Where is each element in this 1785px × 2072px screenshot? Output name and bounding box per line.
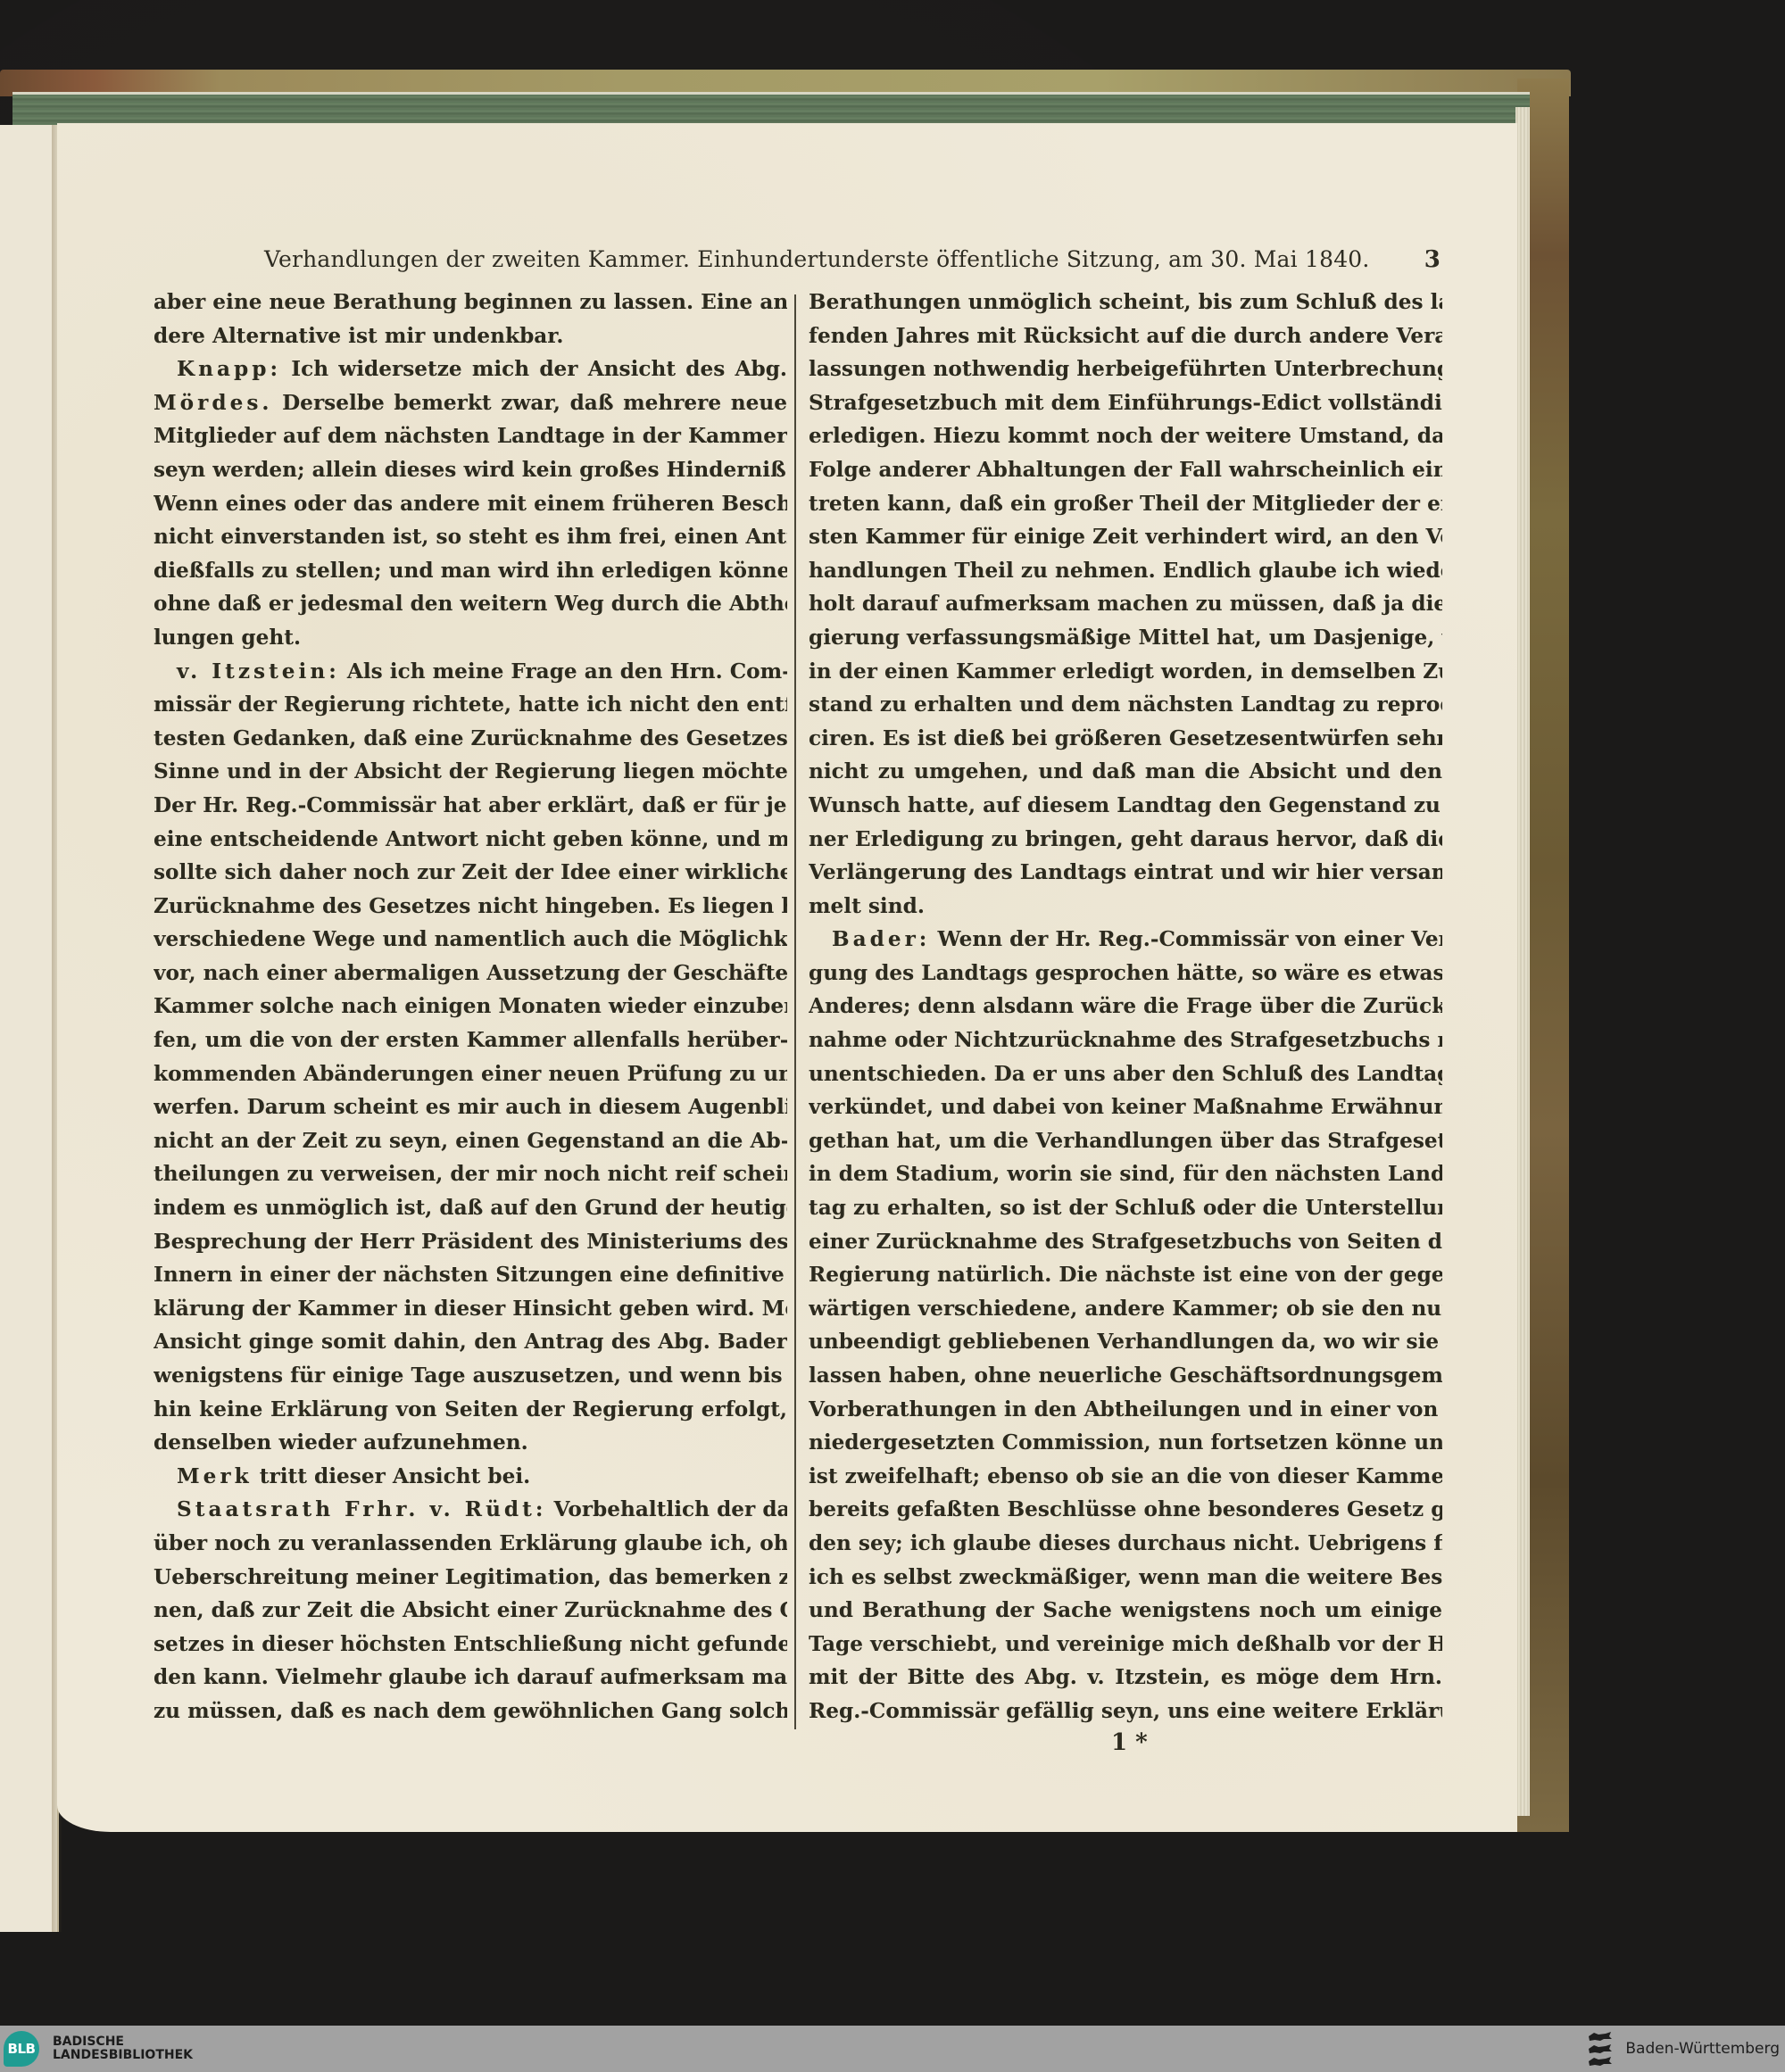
text-line: Mitglieder auf dem nächsten Landtage in … [154,419,787,453]
page-block-right-edge [1515,107,1530,1816]
text-line: den sey; ich glaube dieses durchaus nich… [809,1527,1442,1561]
line-text: unentschieden. Da er uns aber den Schluß… [809,1062,1442,1086]
speaker-name: Mördes. [154,391,272,415]
text-line: v. Itzstein: Als ich meine Frage an den … [154,655,787,689]
institution-branding[interactable]: BLB BADISCHE LANDESBIBLIOTHEK [0,2031,193,2067]
line-text: theilungen zu verweisen, der mir noch ni… [154,1162,787,1186]
text-line: dere Alternative ist mir undenkbar. [154,319,787,353]
line-text: einer Zurücknahme des Strafgesetzbuchs v… [809,1230,1442,1254]
text-line: lungen geht. [154,621,787,655]
line-text: gierung verfassungsmäßige Mittel hat, um… [809,626,1442,650]
line-text: verschiedene Wege und namentlich auch di… [154,927,787,951]
line-text: Zurücknahme des Gesetzes nicht hingeben.… [154,894,787,918]
line-text: Regierung natürlich. Die nächste ist ein… [809,1263,1442,1287]
line-text: nahme oder Nichtzurücknahme des Strafges… [809,1028,1442,1052]
text-line: indem es unmöglich ist, daß auf den Grun… [154,1191,787,1225]
text-line: nicht an der Zeit zu seyn, einen Gegenst… [154,1124,787,1158]
text-line: in der einen Kammer erledigt worden, in … [809,655,1442,689]
line-text: nicht an der Zeit zu seyn, einen Gegenst… [154,1129,787,1153]
line-text: lungen geht. [154,626,301,650]
text-line: Merk tritt dieser Ansicht bei. [154,1460,787,1494]
text-line: den kann. Vielmehr glaube ich darauf auf… [154,1661,787,1695]
text-line: kommenden Abänderungen einer neuen Prüfu… [154,1057,787,1091]
line-text: Berathungen unmöglich scheint, bis zum S… [809,290,1442,314]
line-text: und Berathung der Sache wenigstens noch … [809,1598,1442,1622]
text-line: sollte sich daher noch zur Zeit der Idee… [154,856,787,890]
line-text: hin keine Erklärung von Seiten der Regie… [154,1397,787,1421]
line-text: Folge anderer Abhaltungen der Fall wahrs… [809,458,1442,482]
line-text: Vorbehaltlich der dar- [554,1497,788,1521]
line-text: lassungen nothwendig herbeigeführten Unt… [809,357,1442,381]
line-text: melt sind. [809,894,925,918]
line-text: Innern in einer der nächsten Sitzungen e… [154,1263,787,1287]
page-number: 3 [1424,246,1440,273]
line-text: niedergesetzten Commission, nun fortsetz… [809,1430,1442,1455]
signature-mark: 1 * [1111,1729,1148,1756]
line-text: dießfalls zu stellen; und man wird ihn e… [154,559,787,583]
text-line: aber eine neue Berathung beginnen zu las… [154,286,787,319]
line-text: testen Gedanken, daß eine Zurücknahme de… [154,726,787,750]
speaker-name: Bader: [832,927,930,951]
line-text: Besprechung der Herr Präsident des Minis… [154,1230,787,1254]
line-text: den sey; ich glaube dieses durchaus nich… [809,1531,1442,1555]
text-line: gethan hat, um die Verhandlungen über da… [809,1124,1442,1158]
text-line: testen Gedanken, daß eine Zurücknahme de… [154,722,787,756]
line-text: vor, nach einer abermaligen Aussetzung d… [154,961,787,985]
institution-name-line1: BADISCHE [53,2035,193,2049]
institution-name: BADISCHE LANDESBIBLIOTHEK [53,2035,193,2062]
text-line: verkündet, und dabei von keiner Maßnahme… [809,1090,1442,1124]
text-line: setzes in dieser höchsten Entschließung … [154,1628,787,1662]
line-text: Wenn eines oder das andere mit einem frü… [154,492,787,516]
text-line: erledigen. Hiezu kommt noch der weitere … [809,419,1442,453]
line-text: Ueberschreitung meiner Legitimation, das… [154,1565,787,1589]
state-name: Baden-Württemberg [1625,2040,1780,2058]
footer-bar: BLB BADISCHE LANDESBIBLIOTHEK Baden-Würt… [0,2026,1785,2072]
line-text: ohne daß er jedesmal den weitern Weg dur… [154,592,787,616]
line-text: holt darauf aufmerksam machen zu müssen,… [809,592,1442,616]
text-line: sten Kammer für einige Zeit verhindert w… [809,520,1442,554]
column-divider [794,294,796,1729]
text-line: treten kann, daß ein großer Theil der Mi… [809,487,1442,521]
text-line: Verlängerung des Landtags eintrat und wi… [809,856,1442,890]
text-line: Zurücknahme des Gesetzes nicht hingeben.… [154,890,787,924]
text-line: Regierung natürlich. Die nächste ist ein… [809,1258,1442,1292]
text-line: fenden Jahres mit Rücksicht auf die durc… [809,319,1442,353]
speaker-name: Merk [177,1464,253,1488]
text-line: Ansicht ginge somit dahin, den Antrag de… [154,1325,787,1359]
line-text: Kammer solche nach einigen Monaten wiede… [154,994,787,1018]
text-line: in dem Stadium, worin sie sind, für den … [809,1157,1442,1191]
text-line: Folge anderer Abhaltungen der Fall wahrs… [809,453,1442,487]
right-text-column: Berathungen unmöglich scheint, bis zum S… [809,286,1442,1728]
line-text: Wenn der Hr. Reg.-Commissär von einer Ve… [937,927,1442,951]
text-line: nicht zu umgehen, und daß man die Absich… [809,755,1442,789]
page-block-top-edge [12,92,1530,127]
line-text: Strafgesetzbuch mit dem Einführungs-Edic… [809,391,1442,415]
text-line: vor, nach einer abermaligen Aussetzung d… [154,957,787,990]
line-text: Anderes; denn alsdann wäre die Frage übe… [809,994,1442,1018]
text-line: ner Erledigung zu bringen, geht daraus h… [809,823,1442,857]
line-text: gung des Landtags gesprochen hätte, so w… [809,961,1442,985]
text-line: tag zu erhalten, so ist der Schluß oder … [809,1191,1442,1225]
text-line: Innern in einer der nächsten Sitzungen e… [154,1258,787,1292]
text-line: Kammer solche nach einigen Monaten wiede… [154,990,787,1024]
running-head-title: Verhandlungen der zweiten Kammer. Einhun… [264,246,1424,272]
line-text: bereits gefaßten Beschlüsse ohne besonde… [809,1497,1442,1521]
line-text: werfen. Darum scheint es mir auch in die… [154,1095,787,1119]
line-text: ner Erledigung zu bringen, geht daraus h… [809,827,1442,851]
line-text: den kann. Vielmehr glaube ich darauf auf… [154,1665,787,1689]
line-text: eine entscheidende Antwort nicht geben k… [154,827,787,851]
line-text: nicht einverstanden ist, so steht es ihm… [154,525,787,549]
line-text: denselben wieder aufzunehmen. [154,1430,528,1455]
text-line: verschiedene Wege und namentlich auch di… [154,923,787,957]
text-line: gung des Landtags gesprochen hätte, so w… [809,957,1442,990]
text-line: eine entscheidende Antwort nicht geben k… [154,823,787,857]
text-line: Sinne und in der Absicht der Regierung l… [154,755,787,789]
line-text: setzes in dieser höchsten Entschließung … [154,1632,787,1656]
text-line: theilungen zu verweisen, der mir noch ni… [154,1157,787,1191]
line-text: tag zu erhalten, so ist der Schluß oder … [809,1196,1442,1220]
speaker-name: Knapp: [177,357,281,381]
line-text: dere Alternative ist mir undenkbar. [154,324,563,348]
text-line: lassungen nothwendig herbeigeführten Unt… [809,352,1442,386]
line-text: gethan hat, um die Verhandlungen über da… [809,1129,1442,1153]
line-text: Ansicht ginge somit dahin, den Antrag de… [154,1330,787,1354]
text-line: werfen. Darum scheint es mir auch in die… [154,1090,787,1124]
text-line: ohne daß er jedesmal den weitern Weg dur… [154,587,787,621]
text-line: unbeendigt gebliebenen Verhandlungen da,… [809,1325,1442,1359]
line-text: Tage verschiebt, und vereinige mich deßh… [809,1632,1442,1656]
line-text: Als ich meine Frage an den Hrn. Com- [347,659,787,684]
line-text: wärtigen verschiedene, andere Kammer; ob… [809,1297,1442,1321]
line-text: Der Hr. Reg.-Commissär hat aber erklärt,… [154,793,787,817]
line-text: Mitglieder auf dem nächsten Landtage in … [154,424,787,448]
text-line: handlungen Theil zu nehmen. Endlich glau… [809,554,1442,588]
text-line: hin keine Erklärung von Seiten der Regie… [154,1393,787,1427]
text-line: Mördes. Derselbe bemerkt zwar, daß mehre… [154,386,787,420]
text-line: und Berathung der Sache wenigstens noch … [809,1594,1442,1628]
line-text: Reg.-Commissär gefällig seyn, uns eine w… [809,1699,1442,1723]
line-text: Wunsch hatte, auf diesem Landtag den Geg… [809,793,1442,817]
text-line: fen, um die von der ersten Kammer allenf… [154,1024,787,1057]
line-text: nicht zu umgehen, und daß man die Absich… [809,759,1442,783]
line-text: indem es unmöglich ist, daß auf den Grun… [154,1196,787,1220]
line-text: sollte sich daher noch zur Zeit der Idee… [154,860,787,884]
text-line: nahme oder Nichtzurücknahme des Strafges… [809,1024,1442,1057]
three-lions-coat-of-arms-icon [1586,2029,1615,2068]
text-line: zu müssen, daß es nach dem gewöhnlichen … [154,1695,787,1728]
speaker-name: Staatsrath Frhr. v. Rüdt: [177,1497,546,1521]
text-line: Bader: Wenn der Hr. Reg.-Commissär von e… [809,923,1442,957]
text-line: wärtigen verschiedene, andere Kammer; ob… [809,1292,1442,1326]
text-line: Tage verschiebt, und vereinige mich deßh… [809,1628,1442,1662]
running-head: Verhandlungen der zweiten Kammer. Einhun… [264,246,1440,282]
text-line: ist zweifelhaft; ebenso ob sie an die vo… [809,1460,1442,1494]
line-text: Vorberathungen in den Abtheilungen und i… [809,1397,1442,1421]
line-text: stand zu erhalten und dem nächsten Landt… [809,692,1442,717]
line-text: treten kann, daß ein großer Theil der Mi… [809,492,1442,516]
line-text: kommenden Abänderungen einer neuen Prüfu… [154,1062,787,1086]
text-line: einer Zurücknahme des Strafgesetzbuchs v… [809,1225,1442,1259]
speaker-name: v. Itzstein: [177,659,340,684]
line-text: missär der Regierung richtete, hatte ich… [154,692,787,717]
line-text: seyn werden; allein dieses wird kein gro… [154,458,787,482]
line-text: Derselbe bemerkt zwar, daß mehrere neue [282,391,787,415]
line-text: ich es selbst zweckmäßiger, wenn man die… [809,1565,1442,1589]
line-text: in dem Stadium, worin sie sind, für den … [809,1162,1442,1186]
line-text: nen, daß zur Zeit die Absicht einer Zurü… [154,1598,787,1622]
line-text: ist zweifelhaft; ebenso ob sie an die vo… [809,1464,1442,1488]
text-line: Wenn eines oder das andere mit einem frü… [154,487,787,521]
text-line: Strafgesetzbuch mit dem Einführungs-Edic… [809,386,1442,420]
line-text: klärung der Kammer in dieser Hinsicht ge… [154,1297,787,1321]
text-line: nicht einverstanden ist, so steht es ihm… [154,520,787,554]
line-text: erledigen. Hiezu kommt noch der weitere … [809,424,1442,448]
line-text: zu müssen, daß es nach dem gewöhnlichen … [154,1699,787,1723]
state-branding[interactable]: Baden-Württemberg [1586,2029,1785,2068]
text-line: Staatsrath Frhr. v. Rüdt: Vorbehaltlich … [154,1493,787,1527]
line-text: sten Kammer für einige Zeit verhindert w… [809,525,1442,549]
blb-logo-icon: BLB [4,2031,39,2067]
text-line: gierung verfassungsmäßige Mittel hat, um… [809,621,1442,655]
text-line: niedergesetzten Commission, nun fortsetz… [809,1426,1442,1460]
line-text: Verlängerung des Landtags eintrat und wi… [809,860,1442,884]
line-text: in der einen Kammer erledigt worden, in … [809,659,1442,684]
text-line: melt sind. [809,890,1442,924]
line-text: verkündet, und dabei von keiner Maßnahme… [809,1095,1442,1119]
text-line: lassen haben, ohne neuerliche Geschäftso… [809,1359,1442,1393]
line-text: ciren. Es ist dieß bei größeren Gesetzes… [809,726,1442,750]
text-line: Vorberathungen in den Abtheilungen und i… [809,1393,1442,1427]
line-text: Ich widersetze mich der Ansicht des Abg. [291,357,787,381]
text-line: Besprechung der Herr Präsident des Minis… [154,1225,787,1259]
line-text: aber eine neue Berathung beginnen zu las… [154,290,787,314]
line-text: wenigstens für einige Tage auszusetzen, … [154,1363,787,1388]
text-line: Knapp: Ich widersetze mich der Ansicht d… [154,352,787,386]
text-line: holt darauf aufmerksam machen zu müssen,… [809,587,1442,621]
text-line: dießfalls zu stellen; und man wird ihn e… [154,554,787,588]
text-line: bereits gefaßten Beschlüsse ohne besonde… [809,1493,1442,1527]
text-line: Ueberschreitung meiner Legitimation, das… [154,1561,787,1595]
line-text: mit der Bitte des Abg. v. Itzstein, es m… [809,1665,1442,1689]
text-line: klärung der Kammer in dieser Hinsicht ge… [154,1292,787,1326]
line-text: tritt dieser Ansicht bei. [260,1464,530,1488]
text-line: missär der Regierung richtete, hatte ich… [154,688,787,722]
text-line: Der Hr. Reg.-Commissär hat aber erklärt,… [154,789,787,823]
facing-page-edge [0,125,59,1932]
text-line: über noch zu veranlassenden Erklärung gl… [154,1527,787,1561]
text-line: ciren. Es ist dieß bei größeren Gesetzes… [809,722,1442,756]
text-line: mit der Bitte des Abg. v. Itzstein, es m… [809,1661,1442,1695]
line-text: fen, um die von der ersten Kammer allenf… [154,1028,787,1052]
line-text: lassen haben, ohne neuerliche Geschäftso… [809,1363,1442,1388]
text-line: denselben wieder aufzunehmen. [154,1426,787,1460]
text-line: unentschieden. Da er uns aber den Schluß… [809,1057,1442,1091]
text-line: Anderes; denn alsdann wäre die Frage übe… [809,990,1442,1024]
left-text-column: aber eine neue Berathung beginnen zu las… [154,286,787,1728]
line-text: über noch zu veranlassenden Erklärung gl… [154,1531,787,1555]
institution-name-line2: LANDESBIBLIOTHEK [53,2049,193,2062]
text-line: Reg.-Commissär gefällig seyn, uns eine w… [809,1695,1442,1728]
line-text: handlungen Theil zu nehmen. Endlich glau… [809,559,1442,583]
text-line: ich es selbst zweckmäßiger, wenn man die… [809,1561,1442,1595]
line-text: Sinne und in der Absicht der Regierung l… [154,759,787,783]
text-line: Berathungen unmöglich scheint, bis zum S… [809,286,1442,319]
line-text: fenden Jahres mit Rücksicht auf die durc… [809,324,1442,348]
text-line: Wunsch hatte, auf diesem Landtag den Geg… [809,789,1442,823]
text-line: seyn werden; allein dieses wird kein gro… [154,453,787,487]
text-line: stand zu erhalten und dem nächsten Landt… [809,688,1442,722]
text-line: nen, daß zur Zeit die Absicht einer Zurü… [154,1594,787,1628]
text-line: wenigstens für einige Tage auszusetzen, … [154,1359,787,1393]
line-text: unbeendigt gebliebenen Verhandlungen da,… [809,1330,1442,1354]
